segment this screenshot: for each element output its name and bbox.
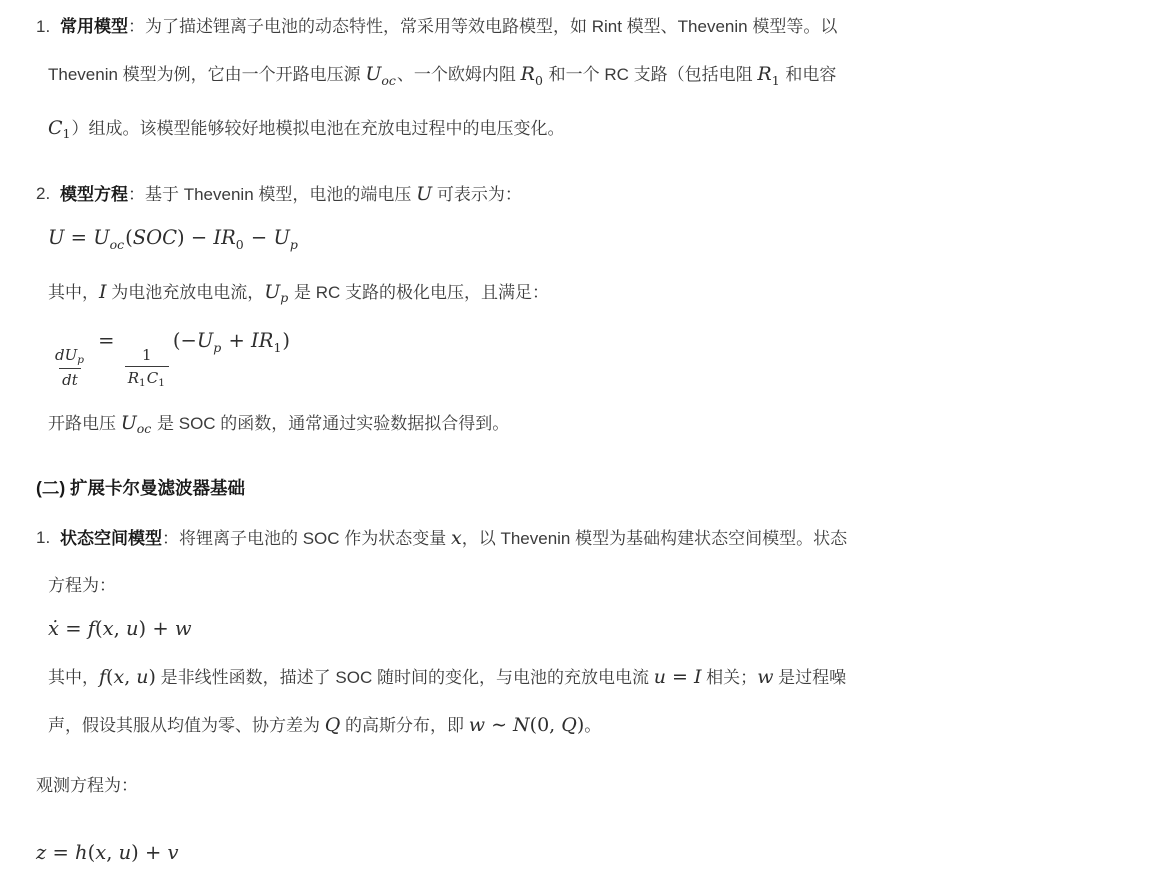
- math-token: U: [416, 183, 432, 205]
- math-token: f: [99, 666, 106, 688]
- text-segment: 是 SOC 的函数，通常通过实验数据拟合得到。: [152, 414, 509, 433]
- list-marker: 1.: [36, 12, 50, 42]
- bold-label: 常用模型: [60, 17, 128, 36]
- math-token: f: [88, 617, 95, 640]
- math-token: Q: [561, 714, 577, 736]
- math-token: v: [168, 841, 179, 864]
- math-token: ẋ: [48, 617, 59, 640]
- text-line: 模型方程：基于 Thevenin 模型，电池的端电压 U 可表示为：: [48, 179, 1122, 210]
- math-token: U: [264, 281, 280, 303]
- math-token: dt: [62, 371, 78, 389]
- math-token: C: [147, 369, 158, 387]
- math-token: N: [513, 714, 530, 736]
- math-token: ∼: [485, 714, 513, 736]
- math-subscript: 0: [535, 73, 543, 88]
- math-token: ): [282, 329, 290, 352]
- text-segment: 相关；: [701, 668, 757, 687]
- math-token: w: [175, 617, 192, 640]
- math-token: U: [48, 226, 64, 249]
- bold-label: (二) 扩展卡尔曼滤波器基础: [36, 478, 245, 498]
- math-token: =: [46, 841, 75, 864]
- text-line: 观测方程为：: [36, 771, 1122, 801]
- math-token: ) +: [131, 841, 167, 864]
- equation-line: z = h(x, u) + v: [36, 838, 1122, 869]
- math-token: (: [95, 617, 103, 640]
- text-segment: Thevenin 模型为例，它由一个开路电压源: [48, 65, 365, 84]
- bold-label: 状态空间模型: [60, 529, 162, 548]
- text-segment: 声，假设其服从均值为零、协方差为: [48, 716, 325, 735]
- math-token: IR: [213, 226, 235, 249]
- list-item: 2.模型方程：基于 Thevenin 模型，电池的端电压 U 可表示为：U = …: [36, 179, 1122, 444]
- math-subscript: 0: [236, 237, 244, 252]
- text-line: 开路电压 Uoc 是 SOC 的函数，通常通过实验数据拟合得到。: [48, 408, 1122, 445]
- text-segment: 和电容: [781, 65, 837, 84]
- math-token: =: [64, 226, 93, 249]
- text-line: Thevenin 模型为例，它由一个开路电压源 Uoc、一个欧姆内阻 R0 和一…: [48, 59, 1122, 96]
- text-line: C1）组成。该模型能够较好地模拟电池在充放电过程中的电压变化。: [48, 113, 1122, 150]
- math-subscript: 1: [139, 377, 146, 389]
- math-token: w: [757, 666, 773, 688]
- math-subscript: p: [280, 290, 288, 305]
- math-token: 1: [142, 346, 152, 364]
- math-fraction: 1R1C1: [125, 344, 169, 391]
- math-subscript: p: [290, 237, 298, 252]
- math-token: R: [521, 63, 535, 85]
- text-segment: 观测方程为：: [36, 776, 138, 795]
- math-token: u: [119, 841, 132, 864]
- math-token: u: [654, 666, 666, 688]
- fraction-numerator: 1: [139, 344, 155, 366]
- text-segment: 是 RC 支路的极化电压，且满足：: [289, 283, 549, 302]
- math-token: x: [103, 617, 114, 640]
- text-line: 状态空间模型：将锂离子电池的 SOC 作为状态变量 x，以 Thevenin 模…: [48, 523, 1122, 554]
- fraction-denominator: R1C1: [125, 366, 169, 391]
- section-heading: (二) 扩展卡尔曼滤波器基础: [36, 474, 1122, 502]
- text-segment: ，以 Thevenin 模型为基础构建状态空间模型。状态: [462, 529, 847, 548]
- math-token: SOC: [133, 226, 177, 249]
- math-subscript: 1: [63, 126, 71, 141]
- text-line: 方程为：: [48, 571, 1122, 601]
- math-token: IR: [251, 329, 273, 352]
- math-token: (: [125, 226, 133, 249]
- math-token: +: [222, 329, 251, 352]
- math-token: U: [365, 63, 381, 85]
- math-token: C: [48, 117, 63, 139]
- text-segment: ）组成。该模型能够较好地模拟电池在充放电过程中的电压变化。: [72, 119, 565, 138]
- math-token: h: [75, 841, 88, 864]
- math-token: ) −: [177, 226, 213, 249]
- text-segment: 为电池充放电电流，: [107, 283, 265, 302]
- math-token: ): [149, 666, 156, 688]
- math-token: x: [113, 666, 124, 688]
- fraction-numerator: dUp: [52, 344, 88, 368]
- math-token: =: [92, 329, 121, 352]
- math-token: −: [245, 226, 274, 249]
- math-token: dU: [55, 346, 77, 364]
- fraction-denominator: dt: [59, 368, 81, 391]
- equation-line: U = Uoc(SOC) − IR0 − Up: [48, 223, 1122, 260]
- math-subscript: oc: [381, 73, 396, 88]
- math-subscript: 1: [273, 340, 281, 355]
- list-marker: 1.: [36, 523, 50, 553]
- text-segment: 和一个 RC 支路（包括电阻: [544, 65, 757, 84]
- bold-label: 模型方程: [60, 185, 128, 204]
- text-line: 其中，I 为电池充放电电流，Up 是 RC 支路的极化电压，且满足：: [48, 277, 1122, 314]
- list-marker: 2.: [36, 179, 50, 209]
- text-segment: ：为了描述锂离子电池的动态特性，常采用等效电路模型，如 Rint 模型、Thev…: [128, 17, 837, 36]
- text-segment: 是过程噪: [773, 668, 846, 687]
- math-token: x: [451, 527, 462, 549]
- text-segment: 。: [584, 716, 601, 735]
- paragraph: 观测方程为：: [36, 771, 1122, 801]
- math-subscript: 1: [158, 377, 165, 389]
- math-token: u: [136, 666, 148, 688]
- text-segment: 开路电压: [48, 414, 121, 433]
- text-segment: 方程为：: [48, 576, 116, 595]
- math-token: x: [95, 841, 106, 864]
- math-token: u: [126, 617, 139, 640]
- equation-line: dUpdt = 1R1C1(−Up + IR1): [48, 326, 1122, 391]
- text-line: 声，假设其服从均值为零、协方差为 Q 的高斯分布，即 w ∼ N(0, Q)。: [48, 710, 1122, 741]
- text-segment: 、一个欧姆内阻: [397, 65, 521, 84]
- list-item: 1.状态空间模型：将锂离子电池的 SOC 作为状态变量 x，以 Thevenin…: [36, 523, 1122, 741]
- math-token: ,: [114, 617, 126, 640]
- math-token: U: [121, 412, 137, 434]
- list-item: 1.常用模型：为了描述锂离子电池的动态特性，常采用等效电路模型，如 Rint 模…: [36, 12, 1122, 149]
- math-token: U: [273, 226, 289, 249]
- math-subscript: oc: [110, 237, 125, 252]
- math-subscript: oc: [137, 421, 152, 436]
- math-token: (−: [173, 329, 197, 352]
- math-token: I: [99, 281, 107, 303]
- math-subscript: p: [213, 340, 221, 355]
- math-token: w: [469, 714, 485, 736]
- math-token: z: [36, 841, 46, 864]
- document-content: 1.常用模型：为了描述锂离子电池的动态特性，常采用等效电路模型，如 Rint 模…: [0, 0, 1150, 870]
- math-fraction: dUpdt: [52, 344, 88, 391]
- text-segment: 的高斯分布，即: [340, 716, 468, 735]
- text-segment: ：将锂离子电池的 SOC 作为状态变量: [162, 529, 451, 548]
- math-subscript: 1: [772, 73, 780, 88]
- math-subscript: p: [77, 354, 84, 366]
- math-token: ,: [106, 841, 118, 864]
- text-segment: 其中，: [48, 668, 99, 687]
- math-token: ,: [124, 666, 136, 688]
- text-segment: 可表示为：: [432, 185, 522, 204]
- math-token: =: [666, 666, 694, 688]
- text-segment: 其中，: [48, 283, 99, 302]
- math-token: R: [757, 63, 771, 85]
- math-token: Q: [325, 714, 341, 736]
- math-token: R: [128, 369, 139, 387]
- math-token: U: [93, 226, 109, 249]
- paragraph: z = h(x, u) + v: [36, 838, 1122, 869]
- text-segment: ：基于 Thevenin 模型，电池的端电压: [128, 185, 416, 204]
- text-line: 常用模型：为了描述锂离子电池的动态特性，常采用等效电路模型，如 Rint 模型、…: [48, 12, 1122, 42]
- math-token: (0,: [530, 714, 562, 736]
- equation-line: ẋ = f(x, u) + w: [48, 614, 1122, 645]
- math-token: =: [59, 617, 88, 640]
- text-segment: 是非线性函数，描述了 SOC 随时间的变化，与电池的充放电电流: [156, 668, 654, 687]
- math-token: U: [197, 329, 213, 352]
- math-token: ) +: [139, 617, 175, 640]
- text-line: 其中，f(x, u) 是非线性函数，描述了 SOC 随时间的变化，与电池的充放电…: [48, 662, 1122, 693]
